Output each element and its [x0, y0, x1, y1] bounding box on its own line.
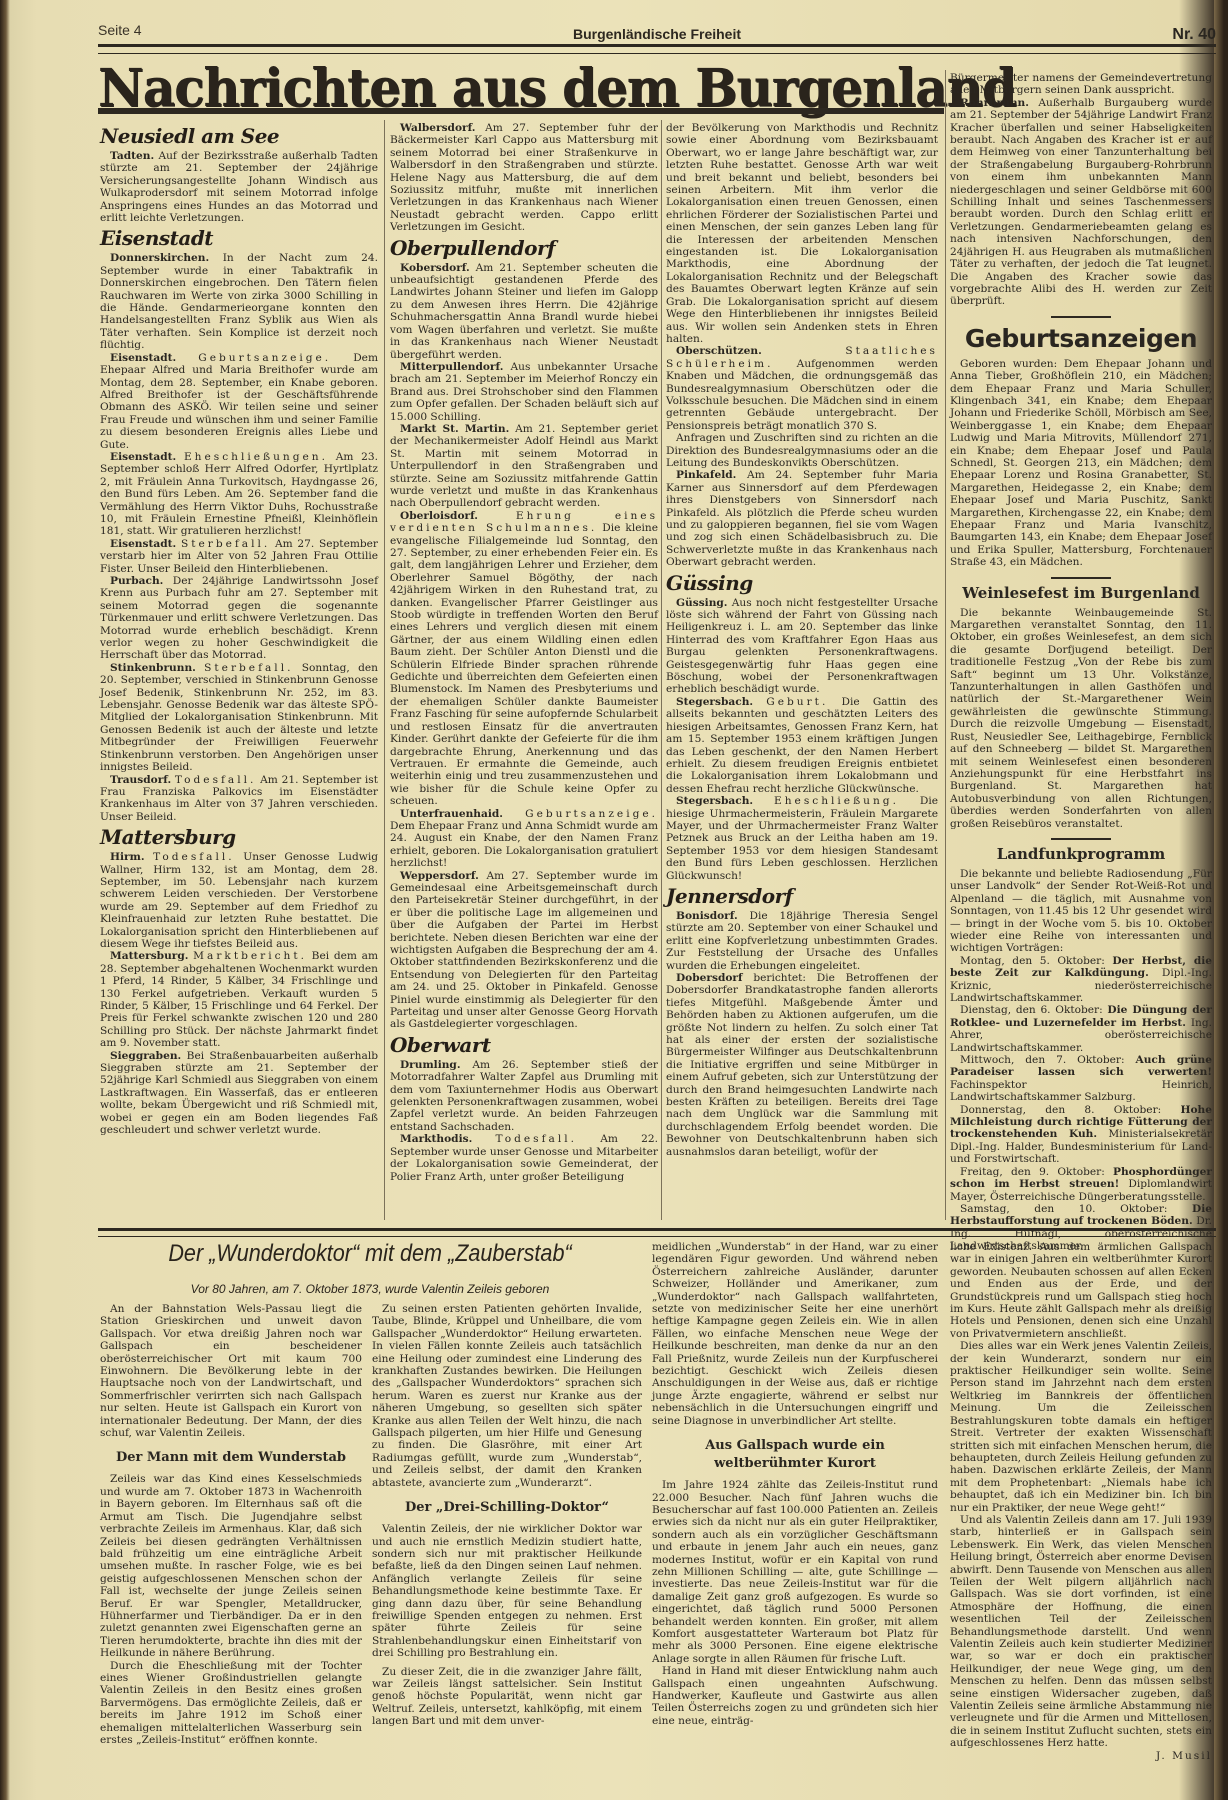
column-3: der Bevölkerung von Markthodis und Rechn…	[666, 122, 938, 1158]
article-pinkafeld: Pinkafeld. Am 24. September fuhr Maria K…	[666, 469, 938, 568]
article-trausdorf: Trausdorf. Todesfall. Am 21. September i…	[100, 774, 378, 824]
divider	[1051, 577, 1111, 579]
heading-weinlesefest: Weinlesefest im Burgenland	[950, 583, 1212, 603]
article-markt-st-martin: Markt St. Martin. Am 21. September gerie…	[390, 423, 658, 510]
article-cont: Bürgermeister namens der Gemeindevertret…	[950, 72, 1212, 97]
article-walbersdorf: Walbersdorf. Am 27. September fuhr der B…	[390, 122, 658, 234]
article-eisenstadt-sterbefall: Eisenstadt. Sterbefall. Am 27. September…	[100, 538, 378, 575]
radio-program-list: Montag, den 5. Oktober: Der Herbst, die …	[950, 955, 1212, 1253]
article-mattersburg-markt: Mattersburg. Marktbericht. Bei dem am 28…	[100, 950, 378, 1049]
divider	[1051, 838, 1111, 840]
column-1: Neusiedl am See Tadten. Auf der Bezirkss…	[100, 122, 378, 1136]
article-stegersbach-geburt: Stegersbach. Geburt. Die Gattin des alls…	[666, 696, 938, 795]
section-rule	[98, 1228, 1216, 1237]
article-drumling: Drumling. Am 26. September stieß der Mot…	[390, 1059, 658, 1133]
article-eisenstadt-ehe: Eisenstadt. Eheschließungen. Am 23. Sept…	[100, 451, 378, 538]
article-guessing: Güssing. Aus noch nicht festgestellter U…	[666, 597, 938, 696]
article-oberschuetzen: Oberschützen. Staatliches Schülerheim. A…	[666, 345, 938, 432]
district-heading-eisenstadt: Eisenstadt	[100, 226, 378, 250]
page-edge-right	[1214, 0, 1228, 1800]
article-stinkenbrunn: Stinkenbrunn. Sterbefall. Sonntag, den 2…	[100, 662, 378, 774]
feature-paragraph: Durch die Eheschließung mit der Tochter …	[100, 1660, 362, 1747]
article-stegersbach-ehe: Stegersbach. Eheschließung. Die hiesige …	[666, 795, 938, 882]
feature-paragraph: Zu seinen ersten Patienten gehörten Inva…	[372, 1303, 642, 1489]
district-heading-guessing: Güssing	[666, 571, 938, 595]
article-anfragen: Anfragen und Zuschriften sind zu richten…	[666, 432, 938, 469]
program-item: Freitag, den 9. Oktober: Phosphordünger …	[950, 1166, 1212, 1203]
feature-column-3: meidlichen „Wunderstab“ in der Hand, war…	[652, 1241, 938, 1727]
article-markthodis-cont: der Bevölkerung von Markthodis und Rechn…	[666, 122, 938, 345]
program-item: Mittwoch, den 7. Oktober: Auch grüne Par…	[950, 1054, 1212, 1104]
district-heading-neusiedl: Neusiedl am See	[100, 124, 378, 148]
district-heading-oberpullendorf: Oberpullendorf	[390, 236, 658, 260]
feature-paragraph: Valentin Zeileis, der nie wirklicher Dok…	[372, 1523, 642, 1659]
feature-paragraph: Dies alles war ein Werk jenes Valentin Z…	[950, 1340, 1212, 1514]
article-rohrbrunn: Rohrbrunn. Außerhalb Burgauberg wurde am…	[950, 97, 1212, 308]
heading-landfunk: Landfunkprogramm	[950, 844, 1212, 864]
district-heading-oberwart: Oberwart	[390, 1033, 658, 1057]
title-rule	[98, 108, 944, 114]
author-signature: J. Musil	[950, 1750, 1212, 1762]
article-weppersdorf: Weppersdorf. Am 27. September wurde im G…	[390, 870, 658, 1031]
feature-paragraph: Zu dieser Zeit, die in die zwanziger Jah…	[372, 1666, 642, 1728]
birth-announcements: Geboren wurden: Dem Ehepaar Johann und A…	[950, 358, 1212, 569]
newspaper-title: Burgenländische Freiheit	[98, 26, 1216, 42]
feature-paragraph: An der Bahnstation Wels-Passau liegt die…	[100, 1303, 362, 1439]
column-divider	[384, 120, 385, 1220]
feature-paragraph: Und als Valentin Zeileis dann am 17. Jul…	[950, 1514, 1212, 1750]
column-divider	[945, 70, 946, 1220]
column-divider	[661, 120, 662, 1220]
article-bonisdorf: Bonisdorf. Die 18jährige Theresia Sengel…	[666, 910, 938, 972]
article-landfunk: Die bekannte und beliebte Radiosendung „…	[950, 868, 1212, 955]
feature-subheading: Der Mann mit dem Wunderstab	[100, 1449, 362, 1467]
article-hirm: Hirm. Todesfall. Unser Genosse Ludwig Wa…	[100, 851, 378, 950]
article-oberloisdorf: Oberloisdorf. Ehrung eines verdienten Sc…	[390, 510, 658, 808]
column-2: Walbersdorf. Am 27. September fuhr der B…	[390, 122, 658, 1183]
column-4: Bürgermeister namens der Gemeindevertret…	[950, 72, 1212, 1253]
feature-column-4: liche Existenz. Aus dem ärmlichen Gallsp…	[950, 1241, 1212, 1762]
feature-paragraph: Hand in Hand mit dieser Entwicklung nahm…	[652, 1665, 938, 1727]
feature-paragraph: liche Existenz. Aus dem ärmlichen Gallsp…	[950, 1241, 1212, 1340]
article-eisenstadt-geburt: Eisenstadt. Geburtsanzeige. Dem Ehepaar …	[100, 352, 378, 451]
heading-geburtsanzeigen: Geburtsanzeigen	[950, 324, 1212, 354]
article-dobersdorf: Dobersdorf berichtet: Die Betroffenen de…	[666, 972, 938, 1158]
district-heading-mattersburg: Mattersburg	[100, 825, 378, 849]
feature-subheading: Der „Drei-Schilling-Doktor“	[372, 1499, 642, 1517]
article-donnerskirchen: Donnerskirchen. In der Nacht zum 24. Sep…	[100, 252, 378, 351]
feature-subheading: Aus Gallspach wurde ein weltberühmter Ku…	[652, 1437, 938, 1473]
article-unterfrauenhaid: Unterfrauenhaid. Geburtsanzeige. Dem Ehe…	[390, 808, 658, 870]
program-item: Donnerstag, den 8. Oktober: Hohe Milchle…	[950, 1104, 1212, 1166]
feature-column-2: Zu seinen ersten Patienten gehörten Inva…	[372, 1303, 642, 1728]
issue-number: Nr. 40	[1172, 26, 1216, 44]
article-purbach: Purbach. Der 24jährige Landwirtssohn Jos…	[100, 575, 378, 662]
divider	[1051, 316, 1111, 318]
article-markthodis: Markthodis. Todesfall. Am 22. September …	[390, 1133, 658, 1183]
page-edge-left	[0, 0, 10, 1800]
masthead: Seite 4 Burgenländische Freiheit Nr. 40	[98, 16, 1216, 42]
feature-title: Der „Wunderdoktor“ mit dem „Zauberstab“	[136, 1240, 604, 1268]
district-heading-jennersdorf: Jennersdorf	[666, 884, 938, 908]
program-item: Dienstag, den 6. Oktober: Die Düngung de…	[950, 1004, 1212, 1054]
feature-paragraph: Zeileis war das Kind eines Kesselschmied…	[100, 1473, 362, 1659]
article-weinlesefest: Die bekannte Weinbaugemeinde St. Margare…	[950, 607, 1212, 830]
program-item: Montag, den 5. Oktober: Der Herbst, die …	[950, 955, 1212, 1005]
article-mitterpullendorf: Mitterpullendorf. Aus unbekannter Ursach…	[390, 361, 658, 423]
article-sieggraben: Sieggraben. Bei Straßenbauarbeiten außer…	[100, 1050, 378, 1137]
masthead-rule	[98, 44, 1216, 54]
feature-paragraph: Im Jahre 1924 zählte das Zeileis-Institu…	[652, 1479, 938, 1665]
article-tadten: Tadten. Auf der Bezirksstraße außerhalb …	[100, 150, 378, 224]
newspaper-page: Seite 4 Burgenländische Freiheit Nr. 40 …	[0, 0, 1228, 1800]
feature-paragraph: meidlichen „Wunderstab“ in der Hand, war…	[652, 1241, 938, 1427]
feature-subtitle: Vor 80 Jahren, am 7. Oktober 1873, wurde…	[110, 1282, 630, 1296]
feature-column-1: An der Bahnstation Wels-Passau liegt die…	[100, 1303, 362, 1746]
article-kobersdorf: Kobersdorf. Am 21. September scheuten di…	[390, 262, 658, 361]
